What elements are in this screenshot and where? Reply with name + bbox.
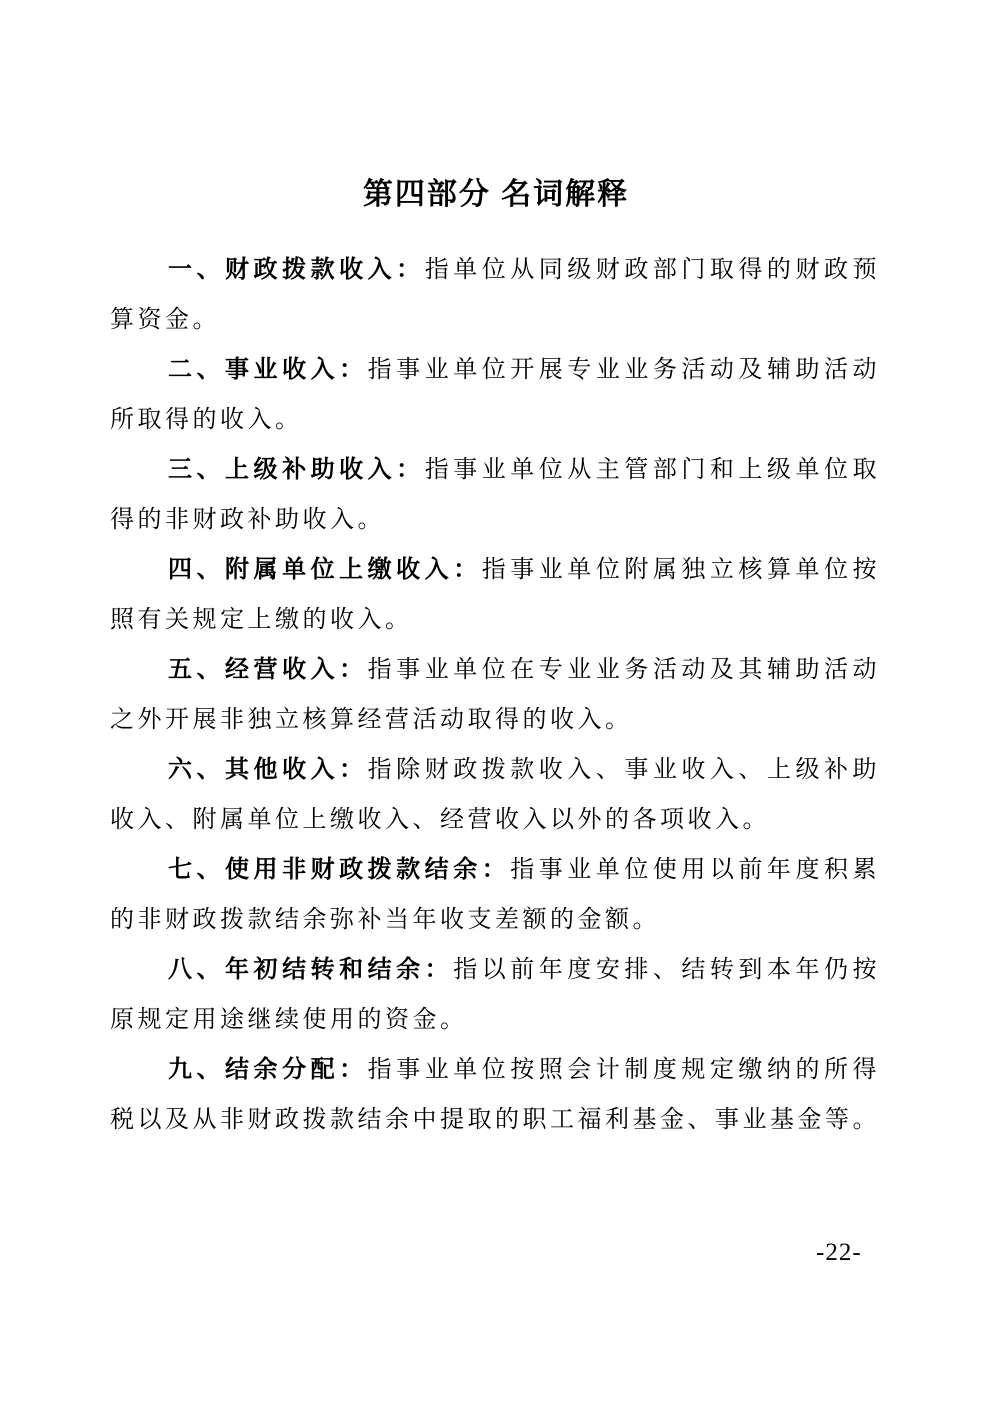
- term-label-9: 九、结余分配：: [168, 1056, 368, 1083]
- term-paragraph-1: 一、财政拨款收入：指单位从同级财政部门取得的财政预算资金。: [110, 245, 880, 345]
- term-label-2: 二、事业收入：: [168, 356, 368, 383]
- term-paragraph-3: 三、上级补助收入：指事业单位从主管部门和上级单位取得的非财政补助收入。: [110, 445, 880, 545]
- term-paragraph-5: 五、经营收入：指事业单位在专业业务活动及其辅助活动之外开展非独立核算经营活动取得…: [110, 645, 880, 745]
- term-paragraph-7: 七、使用非财政拨款结余：指事业单位使用以前年度积累的非财政拨款结余弥补当年收支差…: [110, 845, 880, 945]
- page-number: -22-: [816, 1237, 862, 1269]
- term-paragraph-2: 二、事业收入：指事业单位开展专业业务活动及辅助活动所取得的收入。: [110, 345, 880, 445]
- term-label-5: 五、经营收入：: [168, 656, 368, 683]
- term-paragraph-9: 九、结余分配：指事业单位按照会计制度规定缴纳的所得税以及从非财政拨款结余中提取的…: [110, 1045, 880, 1145]
- term-label-1: 一、财政拨款收入：: [168, 256, 425, 283]
- term-label-6: 六、其他收入：: [168, 756, 368, 783]
- term-paragraph-4: 四、附属单位上缴收入：指事业单位附属独立核算单位按照有关规定上缴的收入。: [110, 545, 880, 645]
- term-label-8: 八、年初结转和结余：: [168, 956, 453, 983]
- page-title: 第四部分 名词解释: [0, 176, 992, 214]
- glossary-body: 一、财政拨款收入：指单位从同级财政部门取得的财政预算资金。 二、事业收入：指事业…: [110, 245, 880, 1145]
- term-paragraph-8: 八、年初结转和结余：指以前年度安排、结转到本年仍按原规定用途继续使用的资金。: [110, 945, 880, 1045]
- term-label-7: 七、使用非财政拨款结余：: [168, 856, 510, 883]
- term-label-3: 三、上级补助收入：: [168, 456, 425, 483]
- term-label-4: 四、附属单位上缴收入：: [168, 556, 482, 583]
- term-paragraph-6: 六、其他收入：指除财政拨款收入、事业收入、上级补助收入、附属单位上缴收入、经营收…: [110, 745, 880, 845]
- document-page: 第四部分 名词解释 一、财政拨款收入：指单位从同级财政部门取得的财政预算资金。 …: [0, 0, 992, 1403]
